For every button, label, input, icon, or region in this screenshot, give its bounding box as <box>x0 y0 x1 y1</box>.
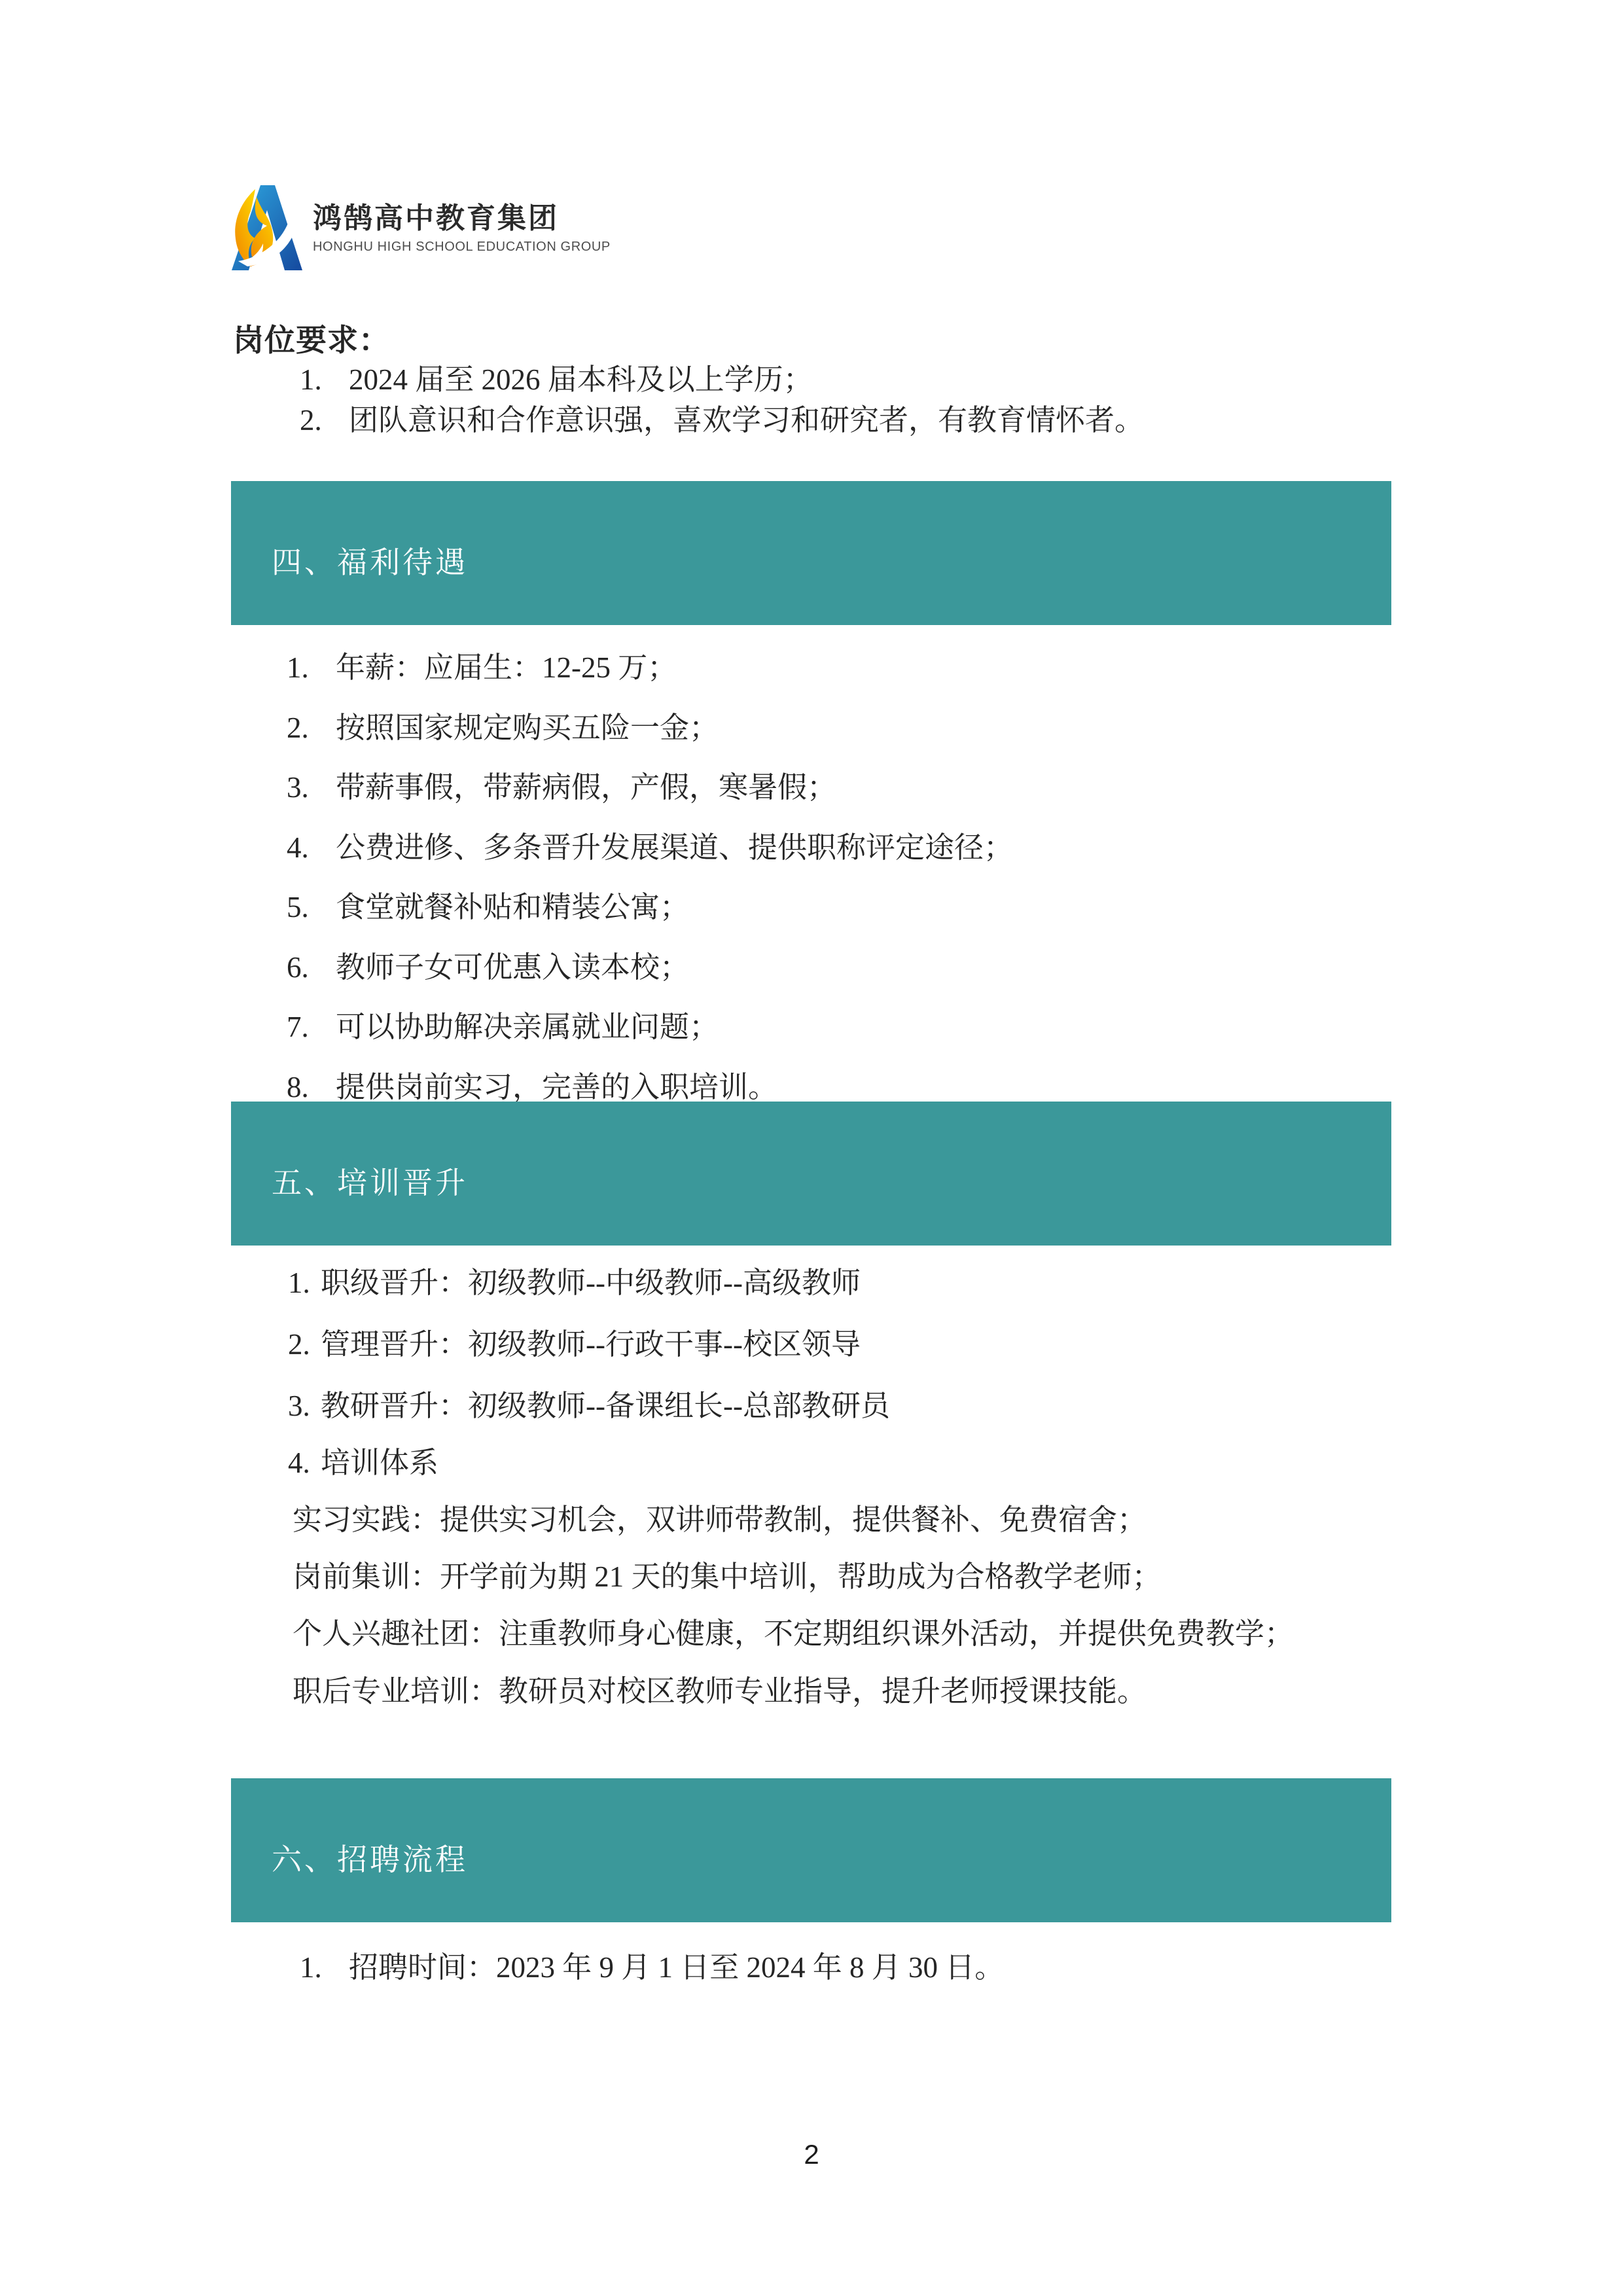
benefit-item: 6.教师子女可优惠入读本校； <box>287 949 689 986</box>
item-number: 4. <box>288 1444 321 1481</box>
training-item: 职后专业培训：教研员对校区教师专业指导，提升老师授课技能。 <box>293 1673 1147 1710</box>
benefit-item: 3.带薪事假，带薪病假，产假，寒暑假； <box>287 769 836 806</box>
training-item: 4.培训体系 <box>288 1444 438 1481</box>
training-item: 岗前集训：开学前为期 21 天的集中培训，帮助成为合格教学老师； <box>293 1558 1162 1595</box>
item-number: 5. <box>287 889 336 925</box>
logo-name-english: HONGHU HIGH SCHOOL EDUCATION GROUP <box>313 240 611 253</box>
item-text: 可以协助解决亲属就业问题； <box>336 1011 719 1043</box>
item-text: 公费进修、多条晋升发展渠道、提供职称评定途径； <box>336 831 1013 864</box>
item-number: 3. <box>288 1388 321 1424</box>
item-number: 2. <box>287 709 336 746</box>
item-number: 1. <box>300 1949 349 1986</box>
item-number: 4. <box>287 829 336 866</box>
section-banner-training: 五、培训晋升 <box>231 1102 1391 1246</box>
item-number: 6. <box>287 949 336 986</box>
logo-name-chinese: 鸿鹄高中教育集团 <box>313 202 611 236</box>
requirement-item: 1.2024 届至 2026 届本科及以上学历； <box>300 361 813 398</box>
benefit-item: 2.按照国家规定购买五险一金； <box>287 709 719 746</box>
item-text: 带薪事假，带薪病假，产假，寒暑假； <box>336 771 836 804</box>
section-banner-benefits: 四、福利待遇 <box>231 481 1391 625</box>
section-title: 四、福利待遇 <box>231 528 468 578</box>
section-title: 六、招聘流程 <box>231 1825 468 1875</box>
item-text: 职后专业培训：教研员对校区教师专业指导，提升老师授课技能。 <box>293 1675 1147 1708</box>
training-item: 个人兴趣社团：注重教师身心健康，不定期组织课外活动，并提供免费教学； <box>293 1615 1294 1652</box>
item-number: 2. <box>288 1326 321 1363</box>
item-number: 3. <box>287 769 336 806</box>
item-text: 教师子女可优惠入读本校； <box>336 951 689 984</box>
item-number: 2. <box>300 402 349 439</box>
item-number: 7. <box>287 1009 336 1045</box>
logo-text: 鸿鹄高中教育集团 HONGHU HIGH SCHOOL EDUCATION GR… <box>313 202 611 254</box>
item-text: 食堂就餐补贴和精装公寓； <box>336 891 689 924</box>
item-number: 1. <box>288 1265 321 1301</box>
requirements-heading: 岗位要求： <box>233 316 390 360</box>
training-item: 3.教研晋升：初级教师--备课组长--总部教研员 <box>288 1388 890 1424</box>
requirement-item: 2.团队意识和合作意识强，喜欢学习和研究者，有教育情怀者。 <box>300 402 1144 439</box>
item-number: 1. <box>287 649 336 686</box>
benefit-item: 8.提供岗前实习，完善的入职培训。 <box>287 1069 777 1105</box>
training-item: 2.管理晋升：初级教师--行政干事--校区领导 <box>288 1326 861 1363</box>
item-text: 培训体系 <box>321 1446 438 1479</box>
document-page: 鸿鹄高中教育集团 HONGHU HIGH SCHOOL EDUCATION GR… <box>0 0 1623 2296</box>
section-banner-process: 六、招聘流程 <box>231 1778 1391 1922</box>
item-text: 提供岗前实习，完善的入职培训。 <box>336 1071 777 1103</box>
benefit-item: 4.公费进修、多条晋升发展渠道、提供职称评定途径； <box>287 829 1013 866</box>
item-text: 按照国家规定购买五险一金； <box>336 711 719 744</box>
item-number: 8. <box>287 1069 336 1105</box>
item-text: 个人兴趣社团：注重教师身心健康，不定期组织课外活动，并提供免费教学； <box>293 1617 1294 1650</box>
item-number: 1. <box>300 361 349 398</box>
item-text: 年薪：应届生：12-25 万； <box>336 651 677 684</box>
item-text: 岗前集训：开学前为期 21 天的集中培训，帮助成为合格教学老师； <box>293 1560 1162 1593</box>
training-item: 实习实践：提供实习机会，双讲师带教制，提供餐补、免费宿舍； <box>293 1501 1147 1538</box>
item-text: 实习实践：提供实习机会，双讲师带教制，提供餐补、免费宿舍； <box>293 1503 1147 1536</box>
item-text: 管理晋升：初级教师--行政干事--校区领导 <box>321 1328 861 1361</box>
company-logo: 鸿鹄高中教育集团 HONGHU HIGH SCHOOL EDUCATION GR… <box>230 184 611 272</box>
honghu-logo-icon <box>230 184 302 272</box>
item-text: 职级晋升：初级教师--中级教师--高级教师 <box>321 1266 861 1299</box>
item-text: 招聘时间：2023 年 9 月 1 日至 2024 年 8 月 30 日。 <box>349 1951 1004 1984</box>
item-text: 团队意识和合作意识强，喜欢学习和研究者，有教育情怀者。 <box>349 404 1144 437</box>
benefit-item: 5.食堂就餐补贴和精装公寓； <box>287 889 689 925</box>
item-text: 教研晋升：初级教师--备课组长--总部教研员 <box>321 1390 890 1422</box>
training-item: 1.职级晋升：初级教师--中级教师--高级教师 <box>288 1265 861 1301</box>
benefit-item: 7.可以协助解决亲属就业问题； <box>287 1009 719 1045</box>
item-text: 2024 届至 2026 届本科及以上学历； <box>349 363 813 396</box>
process-item: 1.招聘时间：2023 年 9 月 1 日至 2024 年 8 月 30 日。 <box>300 1949 1004 1986</box>
benefit-item: 1.年薪：应届生：12-25 万； <box>287 649 677 686</box>
page-number: 2 <box>0 2139 1623 2170</box>
section-title: 五、培训晋升 <box>231 1149 468 1198</box>
